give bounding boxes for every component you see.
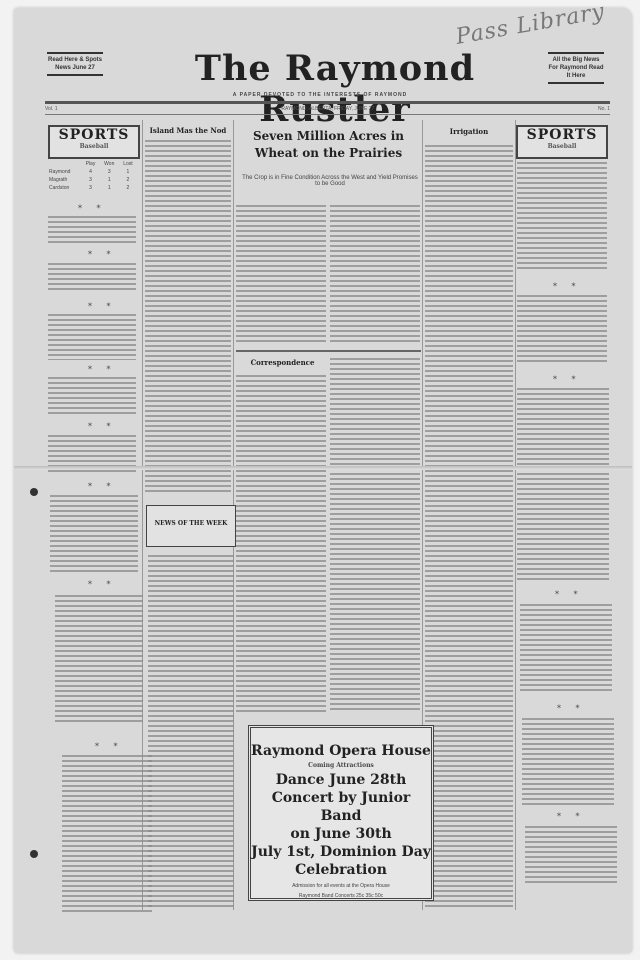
- ad-fine-print: Raymond Band Concerts 25c 35c 50c: [251, 893, 431, 899]
- article-text: [48, 216, 136, 246]
- standings-cell: 4: [81, 168, 100, 176]
- article-text: [517, 388, 609, 583]
- separator-stars: * *: [555, 590, 584, 599]
- ad-line: Raymond Opera House: [251, 742, 431, 760]
- separator-stars: * *: [557, 812, 586, 821]
- article-text: [525, 826, 617, 886]
- standings-cell: 3: [100, 168, 119, 176]
- standings-cell: 2: [119, 184, 137, 192]
- col4-headline: Irrigation: [425, 127, 513, 136]
- main-headline: Seven Million Acres in Wheat on the Prai…: [236, 128, 421, 162]
- separator-stars: * *: [88, 482, 117, 491]
- mid-headline: Correspondence: [240, 358, 325, 367]
- article-text: [48, 314, 136, 360]
- sports-subtitle: Baseball: [50, 143, 138, 150]
- article-text: [62, 755, 152, 915]
- article-text: [236, 205, 326, 345]
- article-text: [517, 162, 607, 272]
- article-text: [330, 358, 420, 713]
- punch-hole: [30, 850, 38, 858]
- divider: [236, 350, 421, 352]
- main-headline-line1: Seven Million Acres in: [236, 128, 421, 145]
- standings-cell: 3: [81, 184, 100, 192]
- opera-house-ad: Raymond Opera House Coming Attractions D…: [248, 725, 434, 901]
- standings-cell: 3: [81, 176, 100, 184]
- right-ear: All the Big News For Raymond Read It Her…: [548, 52, 604, 84]
- standings-cell: 1: [119, 168, 137, 176]
- separator-stars: * *: [88, 580, 117, 589]
- motto: A PAPER DEVOTED TO THE INTERESTS OF RAYM…: [30, 92, 610, 98]
- news-of-week-box: NEWS OF THE WEEK: [146, 505, 236, 547]
- article-text: [236, 375, 326, 715]
- article-text: [145, 140, 231, 495]
- ad-fine-print: Admission for all events at the Opera Ho…: [251, 883, 431, 889]
- ad-line: Concert by Junior Band: [251, 789, 431, 825]
- separator-stars: * *: [78, 204, 107, 213]
- article-text: [148, 555, 234, 910]
- article-text: [48, 263, 136, 293]
- article-text: [48, 377, 136, 417]
- standings-table: PlayWonLost Raymond431Magrath312Cardston…: [47, 160, 137, 192]
- sports-subtitle: Baseball: [518, 143, 606, 150]
- punch-hole: [30, 488, 38, 496]
- standings-row: Magrath312: [47, 176, 137, 184]
- article-text: [50, 495, 138, 575]
- article-text: [55, 595, 143, 725]
- standings-header: Lost: [119, 160, 137, 168]
- newspaper-title: The Raymond Rustler: [125, 48, 545, 130]
- separator-stars: * *: [88, 365, 117, 374]
- standings-cell: 2: [119, 176, 137, 184]
- standings-row: Raymond431: [47, 168, 137, 176]
- separator-stars: * *: [553, 375, 582, 384]
- sports-title: SPORTS: [50, 127, 138, 143]
- standings-header: Play: [81, 160, 100, 168]
- article-text: [520, 604, 612, 694]
- ad-line: on June 30th: [251, 825, 431, 843]
- ad-line: Coming Attractions: [251, 762, 431, 769]
- standings-cell: 1: [100, 176, 119, 184]
- issue-number: No. 1: [598, 106, 610, 112]
- separator-stars: * *: [88, 422, 117, 431]
- ad-line: Celebration: [251, 861, 431, 879]
- standings-cell: Raymond: [47, 168, 81, 176]
- separator-stars: * *: [553, 282, 582, 291]
- separator-stars: * *: [95, 742, 124, 751]
- separator-stars: * *: [88, 302, 117, 311]
- main-subhead: The Crop is in Fine Condition Across the…: [240, 175, 420, 187]
- standings-header: Won: [100, 160, 119, 168]
- sports-box-left: SPORTS Baseball: [48, 125, 140, 159]
- page-fold: [14, 466, 632, 470]
- standings-cell: Cardston: [47, 184, 81, 192]
- article-text: [330, 205, 420, 345]
- standings-row: Cardston312: [47, 184, 137, 192]
- sports-box-right: SPORTS Baseball: [516, 125, 608, 159]
- standings-cell: 1: [100, 184, 119, 192]
- article-text: [425, 145, 513, 910]
- dateline: Vol. 1 RAYMOND, ALBERTA, FRIDAY, JUNE 27…: [45, 101, 610, 115]
- sports-title: SPORTS: [518, 127, 606, 143]
- col2-headline: Island Mas the Nod: [145, 126, 231, 135]
- standings-cell: Magrath: [47, 176, 81, 184]
- left-ear: Read Here & Spots News June 27: [47, 52, 103, 76]
- standings-header: [47, 160, 81, 168]
- ad-line: July 1st, Dominion Day: [251, 843, 431, 861]
- article-text: [517, 295, 607, 365]
- ad-line: Dance June 28th: [251, 771, 431, 789]
- separator-stars: * *: [88, 250, 117, 259]
- main-headline-line2: Wheat on the Prairies: [236, 145, 421, 162]
- column-rule: [515, 120, 516, 910]
- separator-stars: * *: [557, 704, 586, 713]
- article-text: [522, 718, 614, 806]
- volume: Vol. 1: [45, 106, 58, 112]
- dateline-center: RAYMOND, ALBERTA, FRIDAY, JUNE 27: [281, 106, 374, 112]
